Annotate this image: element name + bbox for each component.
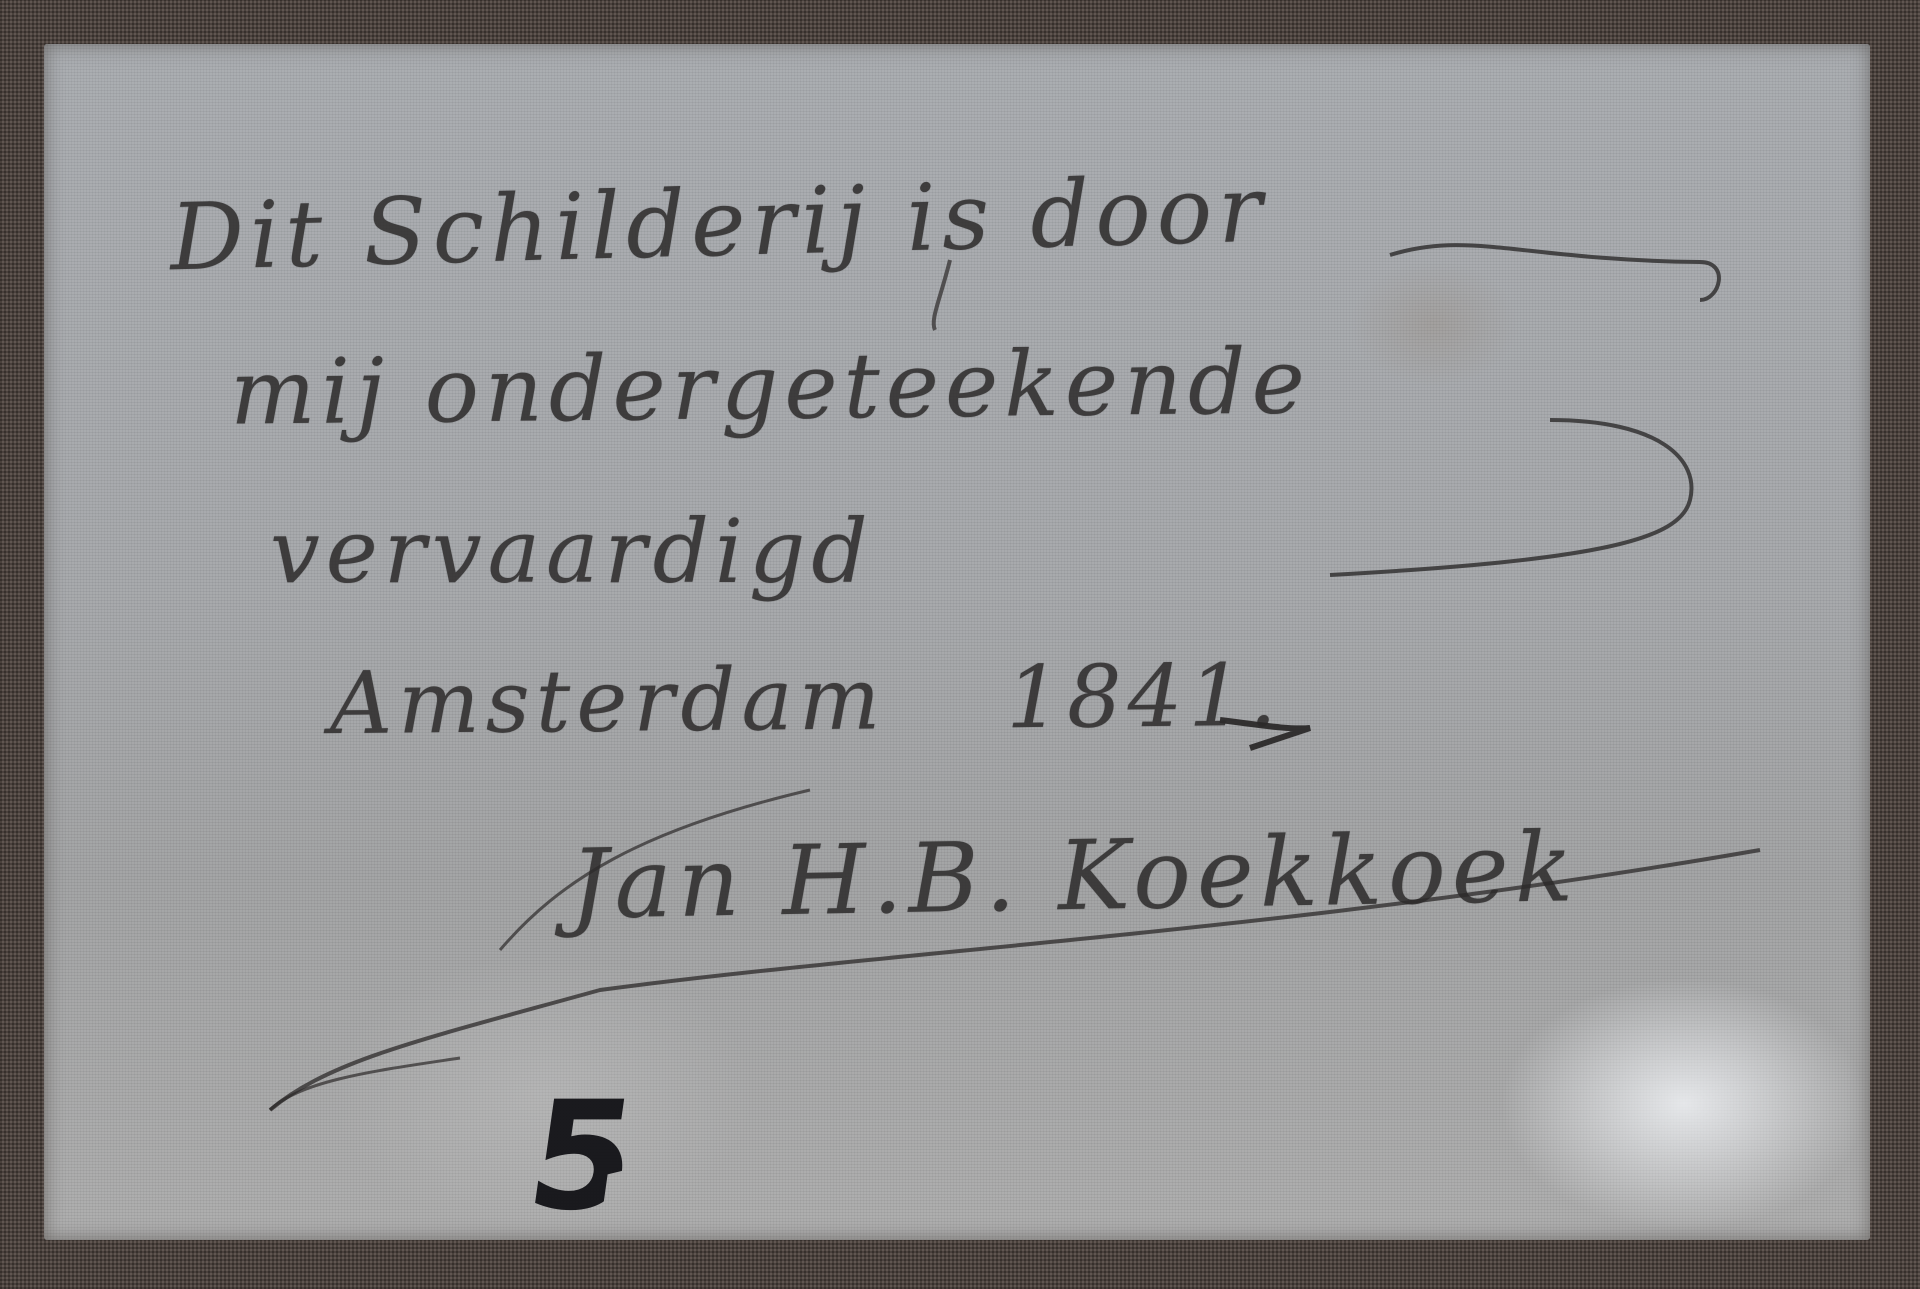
inscription-line-2: mij ondergeteekende xyxy=(229,329,1311,445)
inscription-line-3: vervaardigd xyxy=(270,500,874,603)
inscription-place-date: Amsterdam1841. xyxy=(330,646,1283,754)
place-name: Amsterdam xyxy=(330,649,887,754)
artist-signature: Jan H.B. Koekkoek xyxy=(569,811,1580,941)
inscription-line-1: Dit Schilderij is door xyxy=(169,156,1270,292)
canvas-verso: Dit Schilderij is door mij ondergeteeken… xyxy=(0,0,1920,1289)
year: 1841. xyxy=(1006,646,1283,748)
handwritten-inscription: Dit Schilderij is door mij ondergeteeken… xyxy=(0,0,1920,1289)
